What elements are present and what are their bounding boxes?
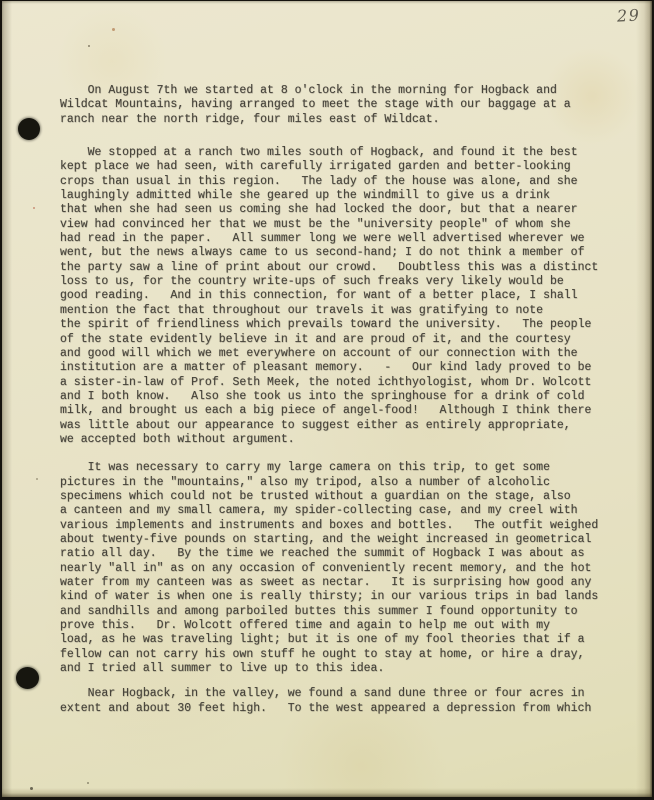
paper-speck: [36, 478, 38, 480]
page-right-edge-shadow: [636, 1, 652, 797]
paper-speck: [30, 787, 33, 790]
paper-speck: [112, 28, 115, 31]
page-bottom-edge-shadow: [2, 788, 652, 797]
document-page: 29 On August 7th we started at 8 o'clock…: [2, 1, 652, 797]
paragraph-2: We stopped at a ranch two miles south of…: [60, 146, 622, 447]
page-left-edge-shadow: [2, 1, 12, 797]
hole-punch-top: [18, 118, 40, 140]
paragraph-1: On August 7th we started at 8 o'clock in…: [60, 84, 622, 127]
hole-punch-bottom: [16, 667, 39, 689]
page-number: 29: [616, 5, 640, 25]
typed-text: On August 7th we started at 8 o'clock in…: [60, 84, 622, 716]
paper-speck: [88, 45, 90, 47]
paragraph-3: It was necessary to carry my large camer…: [60, 461, 622, 676]
paper-speck: [87, 782, 89, 784]
paragraph-4: Near Hogback, in the valley, we found a …: [60, 687, 622, 716]
paper-speck: [33, 207, 35, 209]
